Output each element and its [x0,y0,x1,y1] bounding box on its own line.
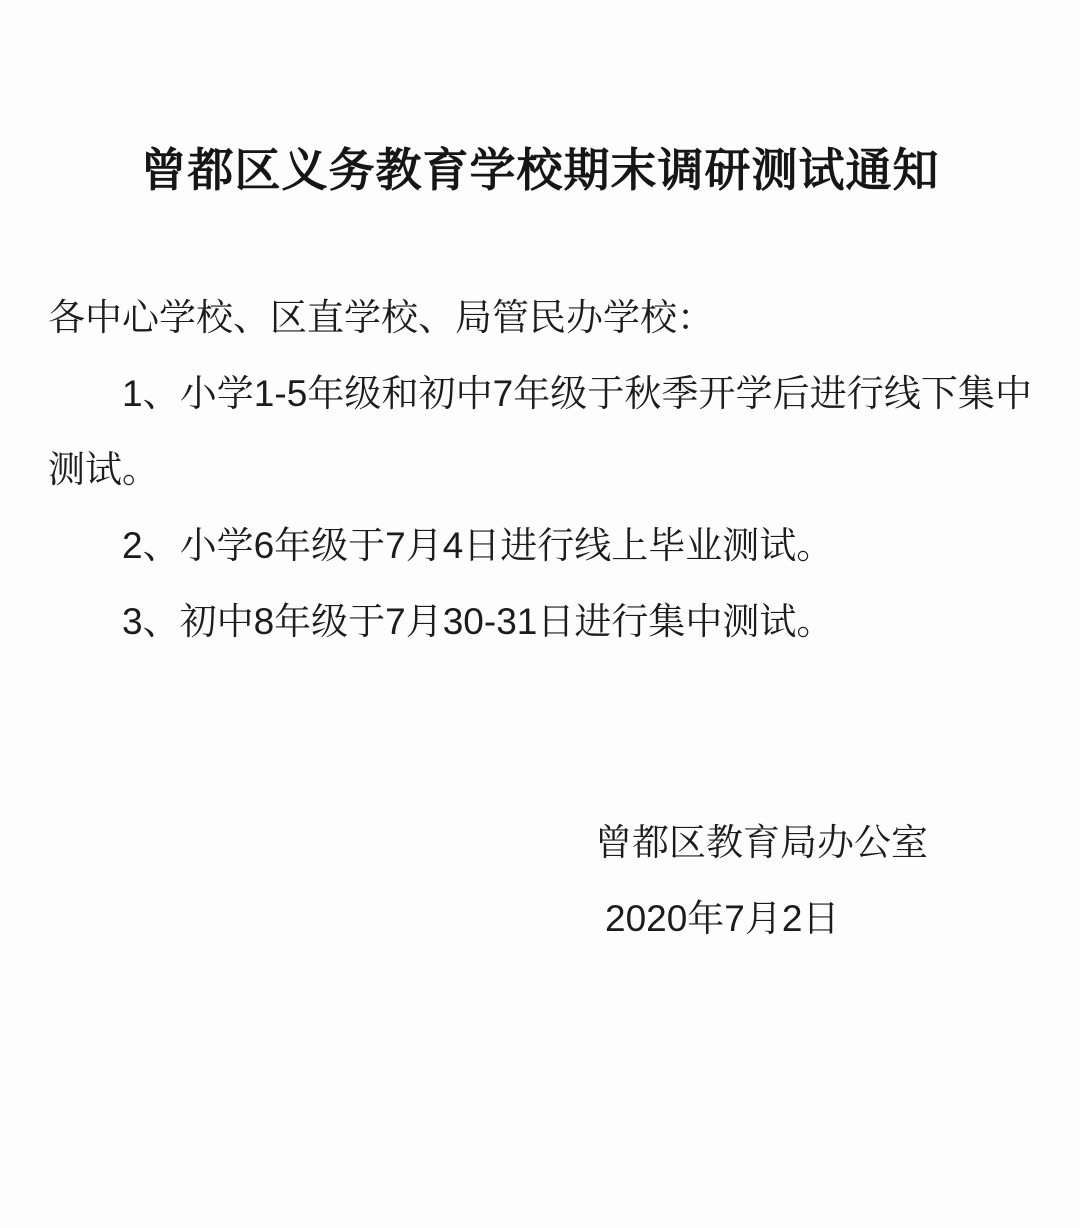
notice-item-3: 3、初中8年级于7月30-31日进行集中测试。 [48,584,1032,660]
notice-document: 曾都区义务教育学校期末调研测试通知 各中心学校、区直学校、局管民办学校： 1、小… [0,0,1080,1228]
notice-title: 曾都区义务教育学校期末调研测试通知 [48,140,1032,200]
salutation-line: 各中心学校、区直学校、局管民办学校： [48,280,1032,356]
notice-item-2: 2、小学6年级于7月4日进行线上毕业测试。 [48,508,1032,584]
signature-block: 曾都区教育局办公室 2020年7月2日 [48,805,1032,957]
notice-item-1: 1、小学1-5年级和初中7年级于秋季开学后进行线下集中测试。 [48,356,1032,508]
signature-date: 2020年7月2日 [605,881,1032,957]
signature-org: 曾都区教育局办公室 [595,805,1032,881]
